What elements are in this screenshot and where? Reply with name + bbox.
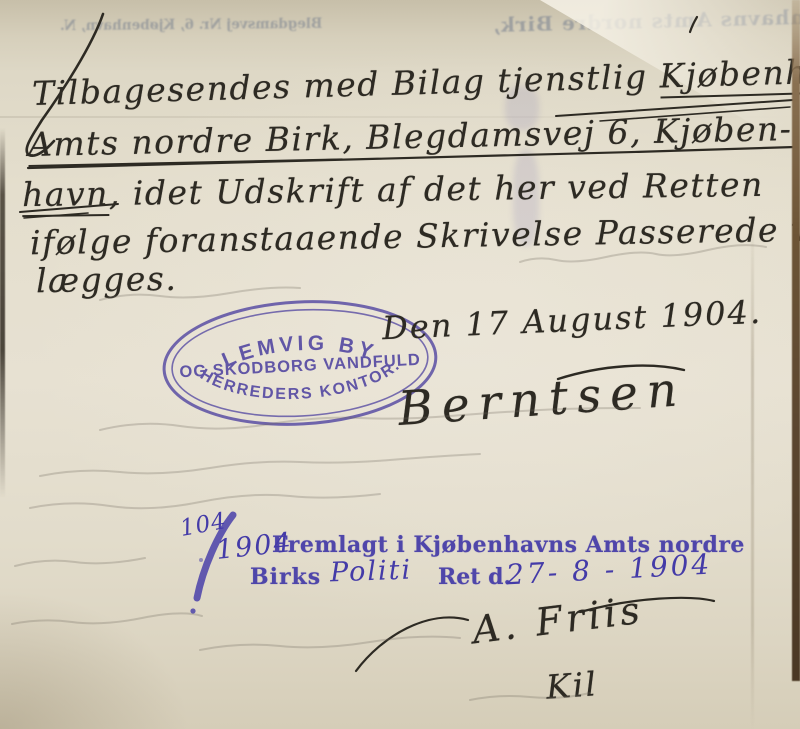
line2-underlined-words: Amts nordre Birk <box>28 118 343 167</box>
vertical-crease <box>751 210 754 729</box>
handwritten-line-1: Tilbagesendes med Bilag tjenstlig Kjøben… <box>32 50 800 113</box>
line3-underlined-word: havn <box>22 174 109 217</box>
handwritten-line-3: havn, idet Udskrift af det her ved Rette… <box>22 165 764 214</box>
filing-stamp-ret-d: Ret d. <box>438 564 511 590</box>
page-right-edge <box>792 0 800 681</box>
archival-document-photo: Kjøbenhavns Amts nordre Birk, Blegdamsve… <box>0 0 800 729</box>
signature-initials: Kil <box>545 664 599 707</box>
line1-text: Tilbagesendes med Bilag tjenstlig <box>32 56 661 113</box>
line1-underlined-word: Kjøbenhavns <box>659 50 800 98</box>
filing-handwritten-court: Politi <box>329 555 412 589</box>
corner-shadow <box>0 589 190 729</box>
page-left-edge <box>0 128 5 498</box>
signature-clerk: A. Friis <box>470 588 646 653</box>
filing-stamp-birks: Birks <box>250 564 321 590</box>
handwritten-line-4: ifølge foranstaaende Skrivelse Passerede… <box>30 209 800 263</box>
handwritten-line-5: lægges. <box>36 259 178 300</box>
line3-text: , idet Udskrift af det her ved Retten <box>109 165 764 213</box>
bleedthrough-letterhead-address: Blegdamsvej Nr. 6, Kjøbenhavn, N. <box>60 16 322 34</box>
line2-text: , Blegdamsvej 6, Kjøben- <box>342 109 793 157</box>
